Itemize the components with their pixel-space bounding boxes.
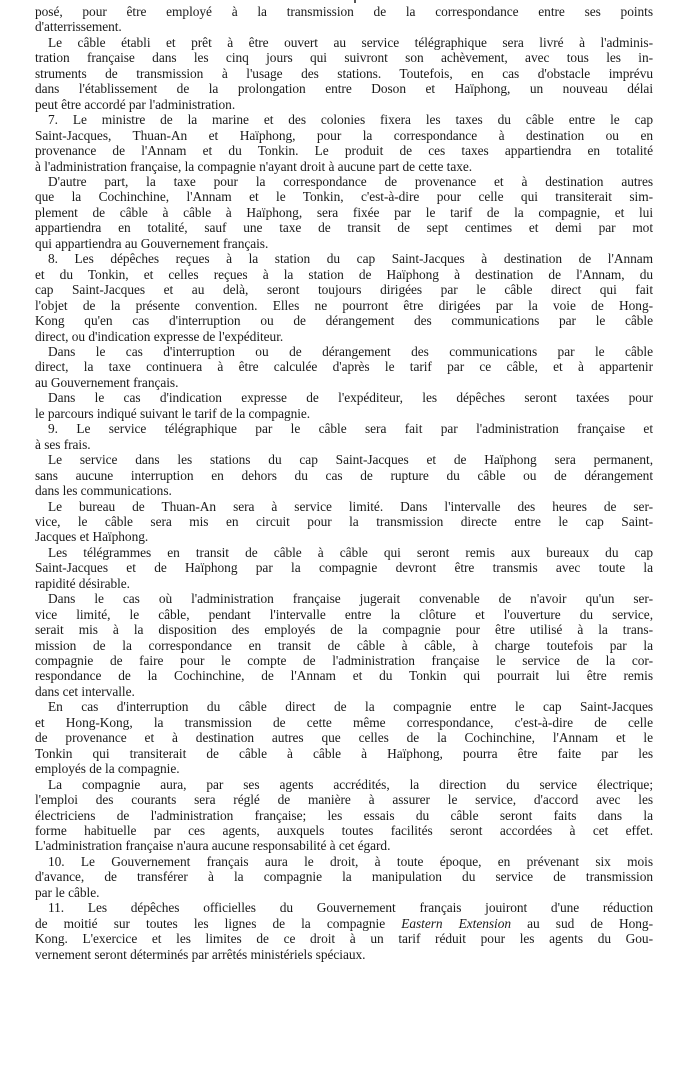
text-line: Jacques et Haïphong. <box>35 529 653 544</box>
text-line: employés de la compagnie. <box>35 761 653 776</box>
text-line: de moitié sur toutes les lignes de la co… <box>35 916 653 931</box>
paragraph-interruption-tax: Dans le cas d'interruption ou de dérange… <box>35 344 653 390</box>
paragraph-transit-tax: D'autre part, la taxe pour la correspond… <box>35 174 653 251</box>
text-line: dans l'établissement de la prolongation … <box>35 81 653 96</box>
text-line: plement de câble à câble à Haïphong, ser… <box>35 205 653 220</box>
text-line: sans aucune interruption en dehors du ca… <box>35 468 653 483</box>
text-line: peut être accordé par l'administration. <box>35 97 653 112</box>
text-line: direct, ou d'indication expresse de l'ex… <box>35 329 653 344</box>
text-line: Les télégrammes en transit de câble à câ… <box>35 545 653 560</box>
text-line: 7. Le ministre de la marine et des colon… <box>35 112 653 127</box>
text-line: Dans le cas où l'administration français… <box>35 591 653 606</box>
text-line: Le câble établi et prêt à être ouvert au… <box>35 35 653 50</box>
text-line: compagnie de faire pour le compte de l'a… <box>35 653 653 668</box>
text-line: mission de la correspondance en transit … <box>35 638 653 653</box>
text-line: Le service dans les stations du cap Sain… <box>35 452 653 467</box>
paragraph-continuation: posé, pour être employé à la transmissio… <box>35 4 653 35</box>
article-8: 8. Les dépêches reçues à la station du c… <box>35 251 653 344</box>
text-line: forme habituelle par ces agents, auxquel… <box>35 823 653 838</box>
text-line: Kong. L'exercice et les limites de ce dr… <box>35 931 653 946</box>
text-line: posé, pour être employé à la transmissio… <box>35 4 653 19</box>
paragraph-hong-kong-interruption: En cas d'interruption du câble direct de… <box>35 699 653 776</box>
paragraph-thuan-an-office: Le bureau de Thuan-An sera à service lim… <box>35 499 653 545</box>
text-line: vice, le câble sera mis en circuit pour … <box>35 514 653 529</box>
text-line: à ses frais. <box>35 437 653 452</box>
text-line: En cas d'interruption du câble direct de… <box>35 699 653 714</box>
text-line: d'atterrissement. <box>35 19 653 34</box>
text-line: Dans le cas d'indication expresse de l'e… <box>35 390 653 405</box>
text-line: L'administration française n'aura aucune… <box>35 838 653 853</box>
paragraph-sender-indication: Dans le cas d'indication expresse de l'e… <box>35 390 653 421</box>
document-page: posé, pour être employé à la transmissio… <box>35 4 653 962</box>
text-line: appartiendra en totalité, sauf une taxe … <box>35 220 653 235</box>
text-line: respondance de la Cochinchine, de l'Anna… <box>35 668 653 683</box>
text-line: Dans le cas d'interruption ou de dérange… <box>35 344 653 359</box>
text-line: vice limité, le câble, pendant l'interva… <box>35 607 653 622</box>
text-line: et Hong-Kong, la transmission de cette m… <box>35 715 653 730</box>
text-line: provenance de l'Annam et du Tonkin. Le p… <box>35 143 653 158</box>
text-line: électriciens de l'administration françai… <box>35 808 653 823</box>
text-line: D'autre part, la taxe pour la correspond… <box>35 174 653 189</box>
text-line: 10. Le Gouvernement français aura le dro… <box>35 854 653 869</box>
text-line: direct, la taxe continuera à être calcul… <box>35 359 653 374</box>
article-10: 10. Le Gouvernement français aura le dro… <box>35 854 653 900</box>
paragraph-limited-service: Dans le cas où l'administration français… <box>35 591 653 699</box>
article-7: 7. Le ministre de la marine et des colon… <box>35 112 653 174</box>
text-line: dans les communications. <box>35 483 653 498</box>
text-line: Tonkin qui transiterait de câble à câble… <box>35 746 653 761</box>
text-line: rapidité désirable. <box>35 576 653 591</box>
text-line: à l'administration française, la compagn… <box>35 159 653 174</box>
text-line: Saint-Jacques, Thuan-An et Haïphong, pou… <box>35 128 653 143</box>
text-line: au Gouvernement français. <box>35 375 653 390</box>
text-line: La compagnie aura, par ses agents accréd… <box>35 777 653 792</box>
text-line: par le câble. <box>35 885 653 900</box>
text-line: qui appartiendra au Gouvernement françai… <box>35 236 653 251</box>
paragraph-permanent-service: Le service dans les stations du cap Sain… <box>35 452 653 498</box>
text-line: 11. Les dépêches officielles du Gouverne… <box>35 900 653 915</box>
text-line: l'emploi des courants sera réglé de mani… <box>35 792 653 807</box>
text-line: vernement seront déterminés par arrêtés … <box>35 947 653 962</box>
text-line: de provenance et à destination autres qu… <box>35 730 653 745</box>
italic-company-name: Eastern Extension <box>401 916 511 931</box>
article-11: 11. Les dépêches officielles du Gouverne… <box>35 900 653 962</box>
text-line: cap Saint-Jacques et au delà, seront tou… <box>35 282 653 297</box>
article-9: 9. Le service télégraphique par le câble… <box>35 421 653 452</box>
text-line: 8. Les dépêches reçues à la station du c… <box>35 251 653 266</box>
text-line: l'objet de la présente convention. Elles… <box>35 298 653 313</box>
text-line: serait mis à la disposition des employés… <box>35 622 653 637</box>
paragraph-transit-telegrams: Les télégrammes en transit de câble à câ… <box>35 545 653 591</box>
text-line: et du Tonkin, et celles reçues à la stat… <box>35 267 653 282</box>
text-line: 9. Le service télégraphique par le câble… <box>35 421 653 436</box>
text-line: Saint-Jacques et de Haïphong par la comp… <box>35 560 653 575</box>
text-line: d'avance, de transférer à la compagnie l… <box>35 869 653 884</box>
print-speck <box>354 0 356 3</box>
text-line: que la Cochinchine, l'Annam et le Tonkin… <box>35 189 653 204</box>
paragraph-electrical-service: La compagnie aura, par ses agents accréd… <box>35 777 653 854</box>
paragraph-cable-delivery: Le câble établi et prêt à être ouvert au… <box>35 35 653 112</box>
text-line: Kong qu'en cas d'interruption ou de déra… <box>35 313 653 328</box>
text-line: dans cet intervalle. <box>35 684 653 699</box>
text-line: struments de transmission à l'usage des … <box>35 66 653 81</box>
text-line: Le bureau de Thuan-An sera à service lim… <box>35 499 653 514</box>
text-line: tration française dans les cinq jours qu… <box>35 50 653 65</box>
text-line: le parcours indiqué suivant le tarif de … <box>35 406 653 421</box>
